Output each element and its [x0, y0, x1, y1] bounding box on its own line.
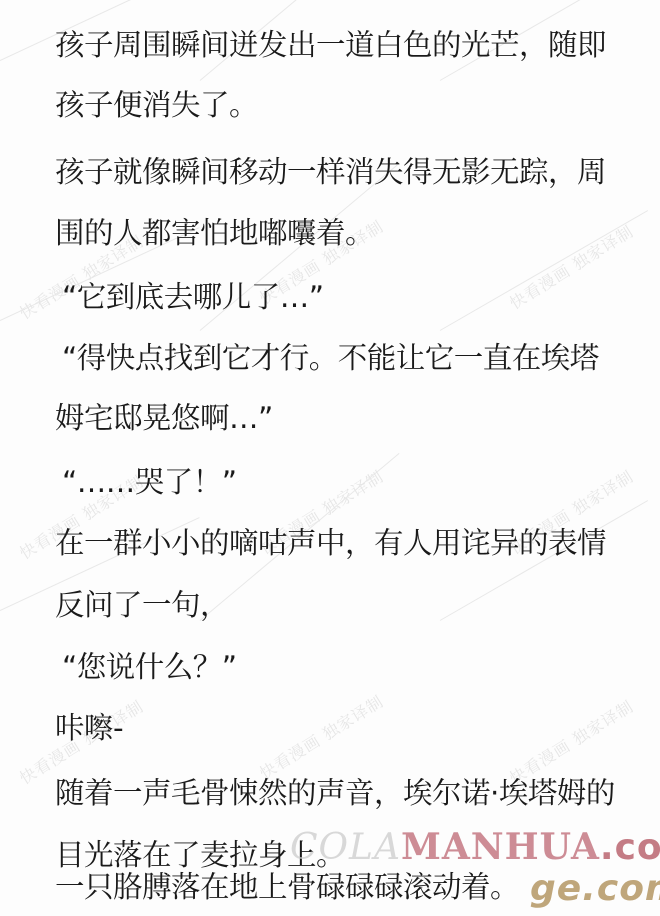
background-watermark: 快看漫画 独家译制	[255, 689, 388, 784]
background-watermark: 快看漫画 独家译制	[505, 694, 638, 789]
text-line: 咔嚓-	[55, 711, 123, 745]
document-page: 快看漫画 独家译制 快看漫画 独家译制 快看漫画 独家译制 快看漫画 独家译制 …	[0, 0, 660, 916]
background-decoration-line	[440, 500, 648, 621]
watermark-domain: .com	[600, 827, 660, 868]
text-line: “您说什么？”	[62, 650, 237, 684]
background-watermark: 快看漫画 独家译制	[505, 219, 638, 314]
text-line: 围的人都害怕地嘟囔着。	[55, 216, 374, 250]
text-line: 随着一声毛骨悚然的声音，埃尔诺·埃塔姆的	[55, 776, 615, 810]
background-decoration-line	[440, 210, 648, 331]
text-line: 在一群小小的嘀咕声中，有人用诧异的表情	[55, 526, 606, 560]
text-line: 孩子便消失了。	[55, 88, 258, 122]
text-line: 反问了一句，	[55, 588, 229, 622]
text-line: 一只胳膊落在地上骨碌碌碌滚动着。	[55, 870, 519, 904]
text-line: 姆宅邸晃悠啊…”	[55, 401, 273, 435]
text-line: “……哭了！”	[62, 465, 237, 499]
site-watermark-primary: COLAMANHUA.com	[290, 826, 660, 868]
watermark-main: MANHUA	[401, 826, 600, 868]
text-line: 孩子周围瞬间迸发出一道白色的光芒，随即	[55, 28, 606, 62]
site-watermark-secondary: ge.com	[530, 868, 660, 909]
text-line: 孩子就像瞬间移动一样消失得无影无踪，周	[55, 155, 606, 189]
text-line: 目光落在了麦拉身上。	[55, 838, 345, 872]
text-line: “它到底去哪儿了…”	[62, 280, 324, 314]
text-line: “得快点找到它才行。不能让它一直在埃塔	[62, 341, 599, 375]
